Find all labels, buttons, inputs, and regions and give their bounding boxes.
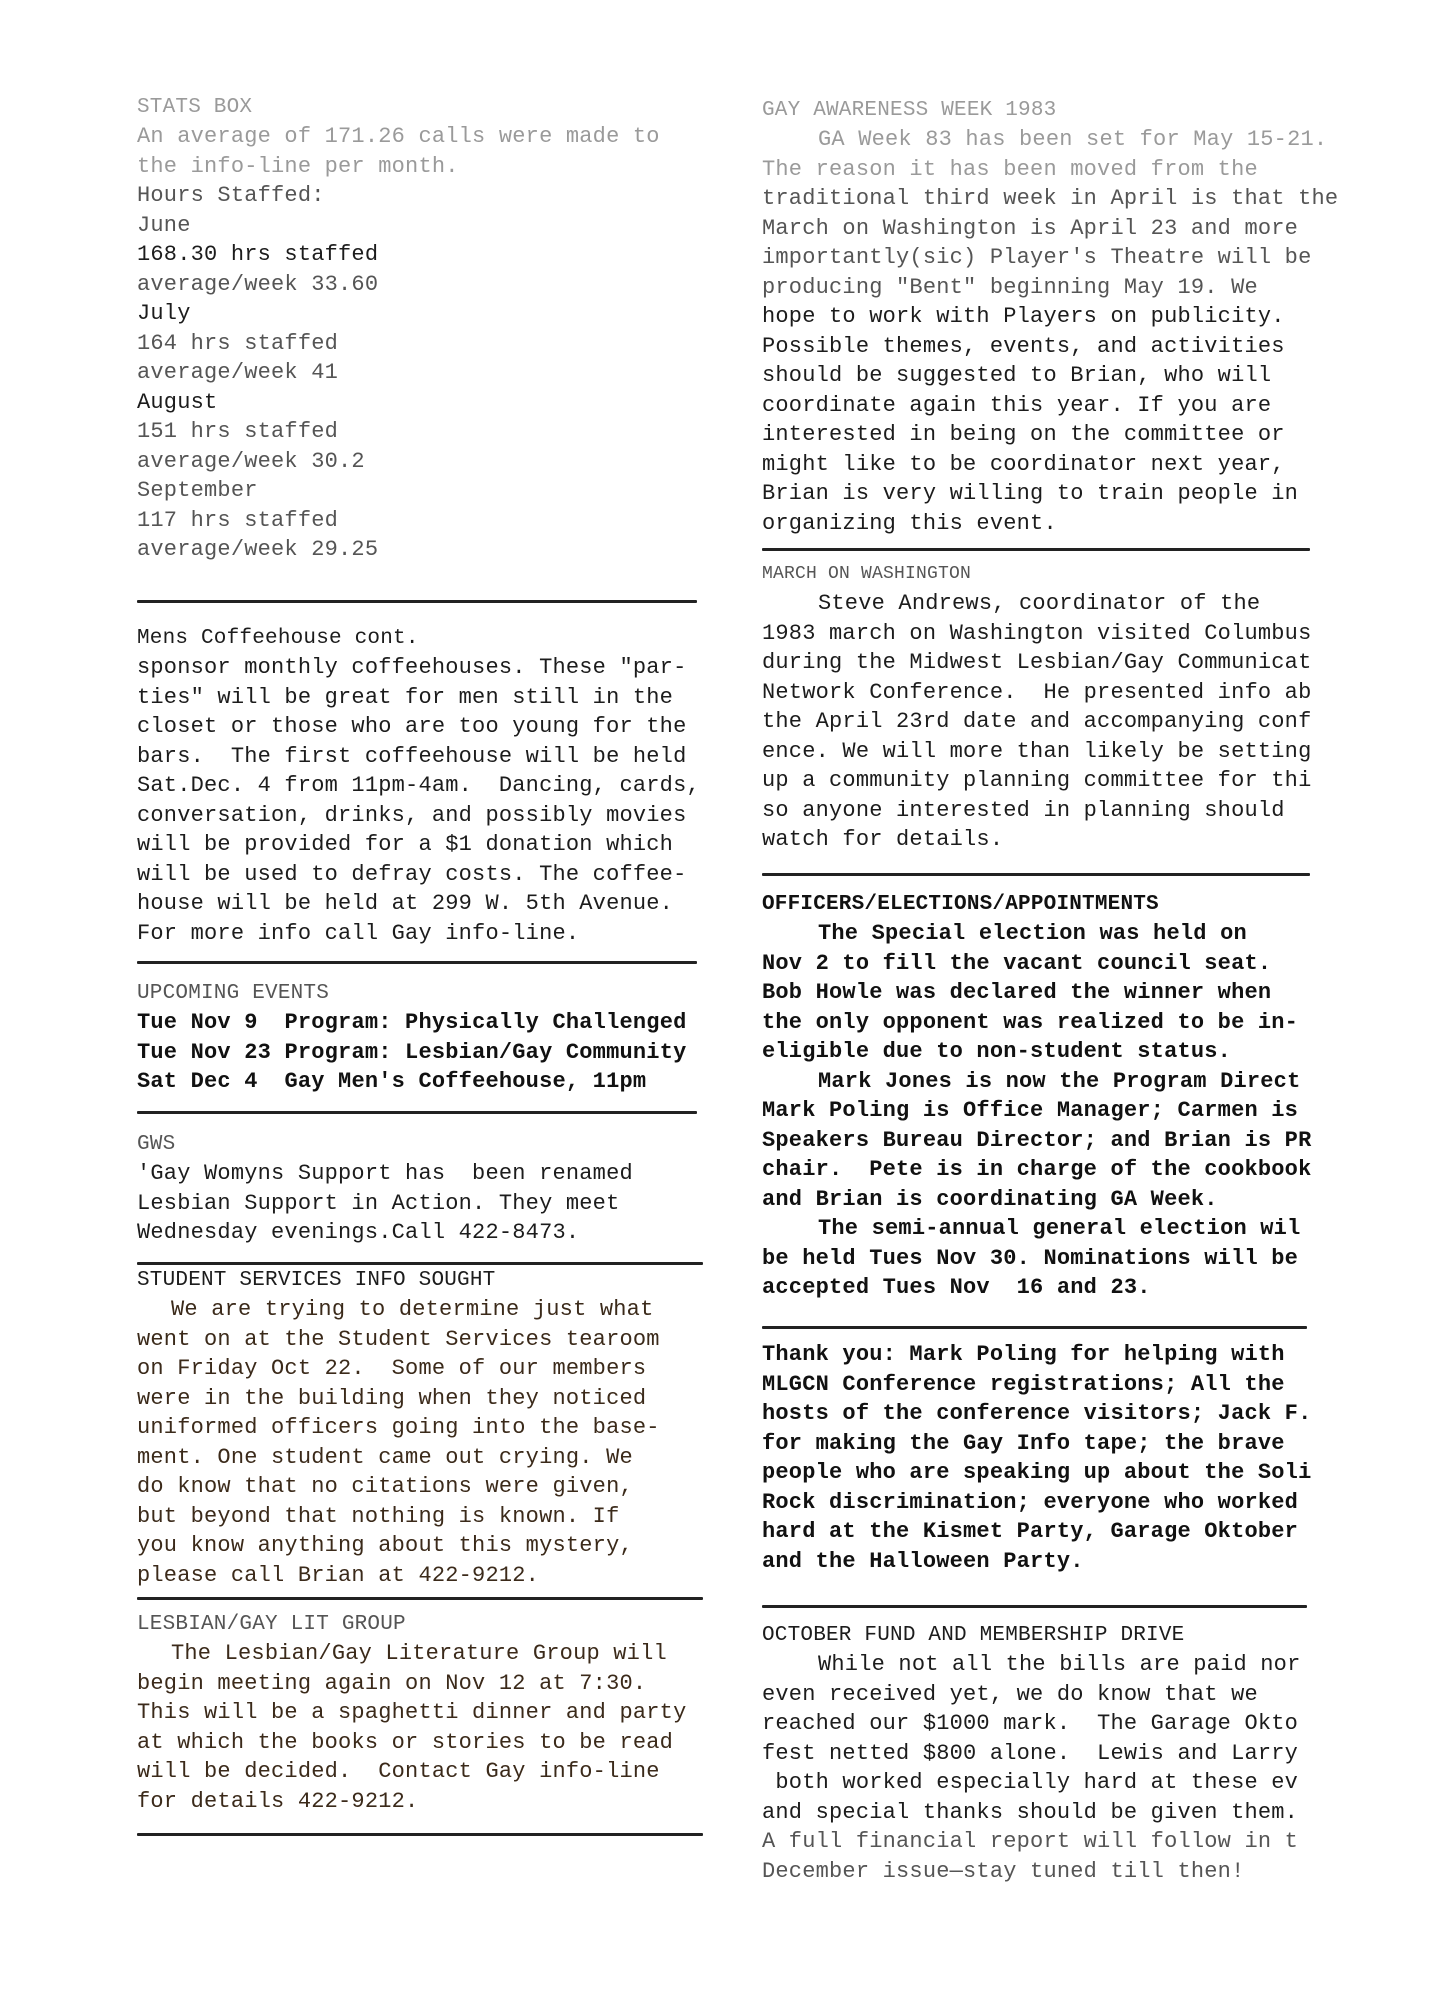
student-services-section: STUDENT SERVICES INFO SOUGHT We are tryi… — [137, 1266, 709, 1590]
march-line: watch for details. — [762, 825, 1362, 855]
student-services-line: but beyond that nothing is known. If — [137, 1502, 709, 1532]
officers-line: accepted Tues Nov 16 and 23. — [762, 1273, 1362, 1303]
upcoming-events-heading: UPCOMING EVENTS — [137, 979, 709, 1008]
divider — [762, 1326, 1307, 1329]
lit-group-section: LESBIAN/GAY LIT GROUP The Lesbian/Gay Li… — [137, 1610, 709, 1816]
staffing-hours: 168.30 hrs staffed — [137, 240, 709, 270]
lit-group-line: will be decided. Contact Gay info-line — [137, 1757, 709, 1787]
officers-line: be held Tues Nov 30. Nominations will be — [762, 1244, 1362, 1274]
ga-week-line: The reason it has been moved from the — [762, 155, 1362, 185]
thanks-line: and the Halloween Party. — [762, 1547, 1362, 1577]
fund-drive-line: A full financial report will follow in t — [762, 1827, 1362, 1857]
divider — [137, 1833, 703, 1836]
officers-line: Mark Poling is Office Manager; Carmen is — [762, 1096, 1362, 1126]
thanks-line: Thank you: Mark Poling for helping with — [762, 1340, 1362, 1370]
fund-drive-line: fest netted $800 alone. Lewis and Larry — [762, 1739, 1362, 1769]
staffing-month: September — [137, 476, 709, 506]
student-services-line: on Friday Oct 22. Some of our members — [137, 1354, 709, 1384]
ga-week-line: March on Washington is April 23 and more — [762, 214, 1362, 244]
coffeehouse-heading: Mens Coffeehouse cont. — [137, 624, 709, 653]
gws-line: Wednesday evenings.Call 422-8473. — [137, 1218, 709, 1248]
officers-line: Mark Jones is now the Program Direct — [762, 1067, 1362, 1097]
officers-section: OFFICERS/ELECTIONS/APPOINTMENTS The Spec… — [762, 890, 1362, 1303]
gws-heading: GWS — [137, 1130, 709, 1159]
gws-line: Lesbian Support in Action. They meet — [137, 1189, 709, 1219]
coffeehouse-line: conversation, drinks, and possibly movie… — [137, 801, 709, 831]
officers-line: The Special election was held on — [762, 919, 1362, 949]
march-line: Network Conference. He presented info ab — [762, 678, 1362, 708]
staffing-average: average/week 30.2 — [137, 447, 709, 477]
march-line: up a community planning committee for th… — [762, 766, 1362, 796]
lit-group-line: for details 422-9212. — [137, 1787, 709, 1817]
staffing-line: Hours Staffed: — [137, 181, 709, 211]
march-line: during the Midwest Lesbian/Gay Communica… — [762, 648, 1362, 678]
ga-week-line: traditional third week in April is that … — [762, 184, 1362, 214]
thanks-section: Thank you: Mark Poling for helping with … — [762, 1340, 1362, 1576]
march-line: ence. We will more than likely be settin… — [762, 737, 1362, 767]
divider — [137, 600, 697, 603]
officers-line: Bob Howle was declared the winner when — [762, 978, 1362, 1008]
gws-line: 'Gay Womyns Support has been renamed — [137, 1159, 709, 1189]
ga-week-line: might like to be coordinator next year, — [762, 450, 1362, 480]
lit-group-line: begin meeting again on Nov 12 at 7:30. — [137, 1669, 709, 1699]
student-services-line: ment. One student came out crying. We — [137, 1443, 709, 1473]
staffing-month: August — [137, 388, 709, 418]
ga-week-line: interested in being on the committee or — [762, 420, 1362, 450]
upcoming-events-section: UPCOMING EVENTS Tue Nov 9 Program: Physi… — [137, 979, 709, 1097]
officers-line: Nov 2 to fill the vacant council seat. — [762, 949, 1362, 979]
thanks-line: MLGCN Conference registrations; All the — [762, 1370, 1362, 1400]
staffing-average: average/week 41 — [137, 358, 709, 388]
fund-drive-line: and special thanks should be given them. — [762, 1798, 1362, 1828]
coffeehouse-line: house will be held at 299 W. 5th Avenue. — [137, 889, 709, 919]
march-heading: MARCH ON WASHINGTON — [762, 560, 1362, 589]
event-row: Sat Dec 4 Gay Men's Coffeehouse, 11pm — [137, 1067, 709, 1097]
divider — [762, 548, 1310, 551]
ga-week-line: organizing this event. — [762, 509, 1362, 539]
ga-week-line: should be suggested to Brian, who will — [762, 361, 1362, 391]
gws-section: GWS 'Gay Womyns Support has been renamed… — [137, 1130, 709, 1248]
officers-line: chair. Pete is in charge of the cookbook — [762, 1155, 1362, 1185]
lit-group-line: This will be a spaghetti dinner and part… — [137, 1698, 709, 1728]
student-services-heading: STUDENT SERVICES INFO SOUGHT — [137, 1266, 709, 1295]
staffing-average: average/week 29.25 — [137, 535, 709, 565]
divider — [137, 1597, 703, 1600]
event-description: Program: Physically Challenged — [284, 1010, 686, 1035]
student-services-line: were in the building when they noticed — [137, 1384, 709, 1414]
event-row: Tue Nov 23 Program: Lesbian/Gay Communit… — [137, 1038, 709, 1068]
ga-week-line: Possible themes, events, and activities — [762, 332, 1362, 362]
staffing-heading: STATS BOX — [137, 93, 709, 122]
staffing-hours: 117 hrs staffed — [137, 506, 709, 536]
divider — [137, 1111, 697, 1114]
lit-group-line: The Lesbian/Gay Literature Group will — [137, 1639, 709, 1669]
staffing-section: STATS BOX An average of 171.26 calls wer… — [137, 93, 709, 565]
divider — [762, 873, 1310, 876]
ga-week-heading: GAY AWARENESS WEEK 1983 — [762, 96, 1362, 125]
coffeehouse-line: ties" will be great for men still in the — [137, 683, 709, 713]
fund-drive-line: even received yet, we do know that we — [762, 1680, 1362, 1710]
thanks-line: hosts of the conference visitors; Jack F… — [762, 1399, 1362, 1429]
coffeehouse-line: closet or those who are too young for th… — [137, 712, 709, 742]
thanks-line: people who are speaking up about the Sol… — [762, 1458, 1362, 1488]
coffeehouse-line: bars. The first coffeehouse will be held — [137, 742, 709, 772]
event-date: Sat Dec 4 — [137, 1069, 271, 1094]
staffing-average: average/week 33.60 — [137, 270, 709, 300]
fund-drive-heading: OCTOBER FUND AND MEMBERSHIP DRIVE — [762, 1621, 1362, 1650]
student-services-line: We are trying to determine just what — [137, 1295, 709, 1325]
student-services-line: went on at the Student Services tearoom — [137, 1325, 709, 1355]
officers-line: eligible due to non-student status. — [762, 1037, 1362, 1067]
student-services-line: please call Brian at 422-9212. — [137, 1561, 709, 1591]
coffeehouse-line: will be provided for a $1 donation which — [137, 830, 709, 860]
staffing-hours: 164 hrs staffed — [137, 329, 709, 359]
divider — [137, 1262, 703, 1265]
coffeehouse-line: sponsor monthly coffeehouses. These "par… — [137, 653, 709, 683]
lit-group-heading: LESBIAN/GAY LIT GROUP — [137, 1610, 709, 1639]
ga-week-line: importantly(sic) Player's Theatre will b… — [762, 243, 1362, 273]
coffeehouse-line: will be used to defray costs. The coffee… — [137, 860, 709, 890]
thanks-line: hard at the Kismet Party, Garage Oktober — [762, 1517, 1362, 1547]
staffing-month: July — [137, 299, 709, 329]
divider — [762, 1605, 1307, 1608]
coffeehouse-line: Sat.Dec. 4 from 11pm-4am. Dancing, cards… — [137, 771, 709, 801]
event-date: Tue Nov 9 — [137, 1010, 271, 1035]
march-section: MARCH ON WASHINGTON Steve Andrews, coord… — [762, 560, 1362, 855]
march-line: so anyone interested in planning should — [762, 796, 1362, 826]
officers-line: Speakers Bureau Director; and Brian is P… — [762, 1126, 1362, 1156]
officers-line: the only opponent was realized to be in- — [762, 1008, 1362, 1038]
thanks-line: for making the Gay Info tape; the brave — [762, 1429, 1362, 1459]
thanks-line: Rock discrimination; everyone who worked — [762, 1488, 1362, 1518]
divider — [137, 961, 697, 964]
event-date: Tue Nov 23 — [137, 1040, 271, 1065]
ga-week-section: GAY AWARENESS WEEK 1983 GA Week 83 has b… — [762, 96, 1362, 538]
ga-week-line: hope to work with Players on publicity. — [762, 302, 1362, 332]
student-services-line: do know that no citations were given, — [137, 1472, 709, 1502]
student-services-line: uniformed officers going into the base- — [137, 1413, 709, 1443]
staffing-hours: 151 hrs staffed — [137, 417, 709, 447]
officers-heading: OFFICERS/ELECTIONS/APPOINTMENTS — [762, 890, 1362, 919]
officers-line: and Brian is coordinating GA Week. — [762, 1185, 1362, 1215]
fund-drive-line: reached our $1000 mark. The Garage Okto — [762, 1709, 1362, 1739]
ga-week-line: Brian is very willing to train people in — [762, 479, 1362, 509]
fund-drive-line: December issue—stay tuned till then! — [762, 1857, 1362, 1887]
staffing-line: An average of 171.26 calls were made to — [137, 122, 709, 152]
event-row: Tue Nov 9 Program: Physically Challenged — [137, 1008, 709, 1038]
officers-line: The semi-annual general election wil — [762, 1214, 1362, 1244]
event-description: Gay Men's Coffeehouse, 11pm — [284, 1069, 646, 1094]
student-services-line: you know anything about this mystery, — [137, 1531, 709, 1561]
march-line: Steve Andrews, coordinator of the — [762, 589, 1362, 619]
fund-drive-section: OCTOBER FUND AND MEMBERSHIP DRIVE While … — [762, 1621, 1362, 1886]
event-description: Program: Lesbian/Gay Community — [284, 1040, 686, 1065]
ga-week-line: GA Week 83 has been set for May 15-21. — [762, 125, 1362, 155]
staffing-line: the info-line per month. — [137, 152, 709, 182]
ga-week-line: producing "Bent" beginning May 19. We — [762, 273, 1362, 303]
march-line: the April 23rd date and accompanying con… — [762, 707, 1362, 737]
coffeehouse-section: Mens Coffeehouse cont. sponsor monthly c… — [137, 624, 709, 948]
staffing-month: June — [137, 211, 709, 241]
march-line: 1983 march on Washington visited Columbu… — [762, 619, 1362, 649]
fund-drive-line: While not all the bills are paid nor — [762, 1650, 1362, 1680]
lit-group-line: at which the books or stories to be read — [137, 1728, 709, 1758]
coffeehouse-line: For more info call Gay info-line. — [137, 919, 709, 949]
fund-drive-line: both worked especially hard at these ev — [762, 1768, 1362, 1798]
ga-week-line: coordinate again this year. If you are — [762, 391, 1362, 421]
